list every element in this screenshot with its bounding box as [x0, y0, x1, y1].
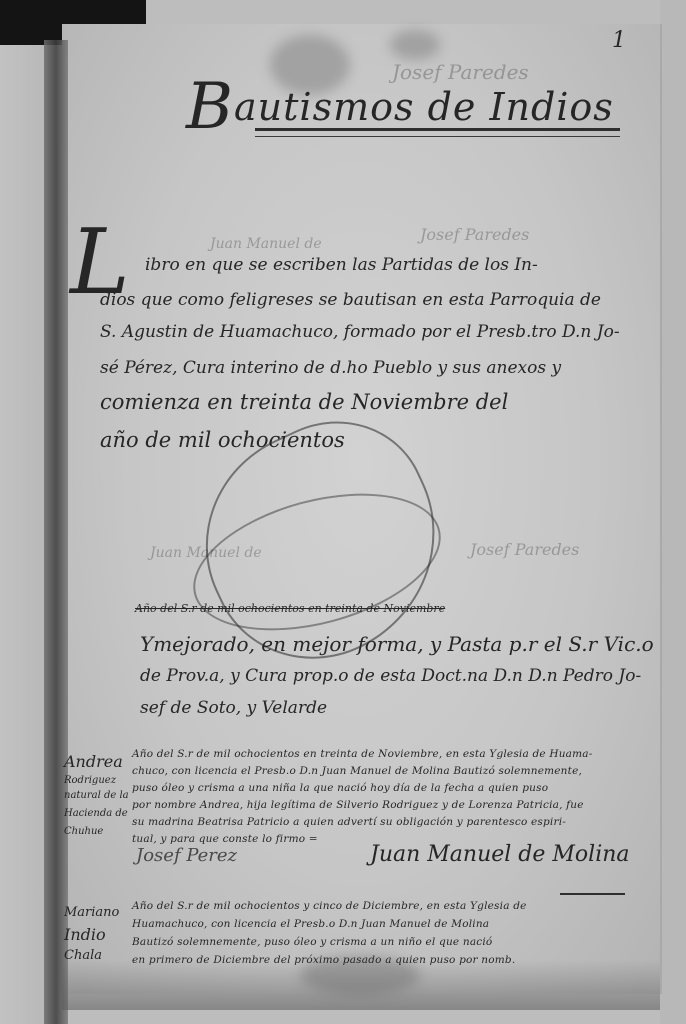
margin-note: Mariano — [64, 905, 119, 920]
intro-line: comienza en treinta de Noviembre del — [100, 390, 508, 414]
page-title: Bautismos de Indios — [186, 70, 614, 144]
intro-line: ibro en que se escriben las Partidas de … — [145, 255, 538, 275]
intro-line: S. Agustin de Huamachuco, formado por el… — [100, 322, 620, 342]
entry-line: chuco, con licencia el Presb.o D.n Juan … — [132, 765, 582, 777]
margin-note: natural de la — [64, 790, 129, 801]
document-scan: Josef Paredes Juan Manuel de Josef Pared… — [0, 0, 686, 1024]
scan-border-dark-top — [60, 0, 146, 24]
intro-line: sé Pérez, Cura interino de d.ho Pueblo y… — [100, 358, 561, 378]
title-underline — [255, 128, 620, 131]
entry-line: Bautizó solemnemente, puso óleo y crisma… — [132, 936, 492, 948]
page-number: 1 — [612, 28, 626, 53]
bleedthrough-text: Josef Paredes — [470, 540, 579, 559]
ink-blot — [390, 30, 440, 60]
witness-signature: Josef Perez — [136, 845, 237, 866]
entry-line: en primero de Diciembre del próximo pasa… — [132, 954, 515, 966]
intro-line: dios que como feligreses se bautisan en … — [100, 290, 601, 310]
margin-note: Chala — [64, 948, 102, 963]
signature-rule — [560, 893, 625, 895]
entry-line: por nombre Andrea, hija legítima de Silv… — [132, 799, 584, 811]
scan-right-margin — [660, 0, 686, 1024]
margin-note: Andrea — [64, 752, 123, 771]
struck-out-line: Año del S.r de mil ochocientos en treint… — [135, 602, 445, 615]
entry-line: tual, y para que conste lo firmo = — [132, 833, 318, 845]
entry-line: Huamachuco, con licencia el Presb.o D.n … — [132, 918, 489, 930]
priest-signature: Juan Manuel de Molina — [370, 842, 630, 867]
margin-note: Rodriguez — [64, 775, 116, 786]
improvement-note-line: Ymejorado, en mejor forma, y Pasta p.r e… — [140, 632, 654, 656]
title-rest: autismos de Indios — [234, 85, 614, 129]
improvement-note-line: de Prov.a, y Cura prop.o de esta Doct.na… — [140, 666, 641, 686]
margin-note: Hacienda de — [64, 808, 128, 819]
title-initial: B — [186, 70, 234, 144]
bleedthrough-text: Juan Manuel de — [210, 236, 322, 252]
title-underline-thin — [255, 136, 620, 137]
improvement-note-line: sef de Soto, y Velarde — [140, 698, 327, 718]
margin-note: Chuhue — [64, 826, 103, 837]
margin-note: Indio — [64, 925, 106, 944]
bleedthrough-text: Josef Paredes — [420, 225, 529, 244]
entry-line: puso óleo y crisma a una niña la que nac… — [132, 782, 548, 794]
binding-gutter-shadow — [44, 40, 68, 1024]
entry-line: Año del S.r de mil ochocientos en treint… — [132, 748, 593, 760]
entry-line: Año del S.r de mil ochocientos y cinco d… — [132, 900, 527, 912]
entry-line: su madrina Beatrisa Patricio a quien adv… — [132, 816, 566, 828]
